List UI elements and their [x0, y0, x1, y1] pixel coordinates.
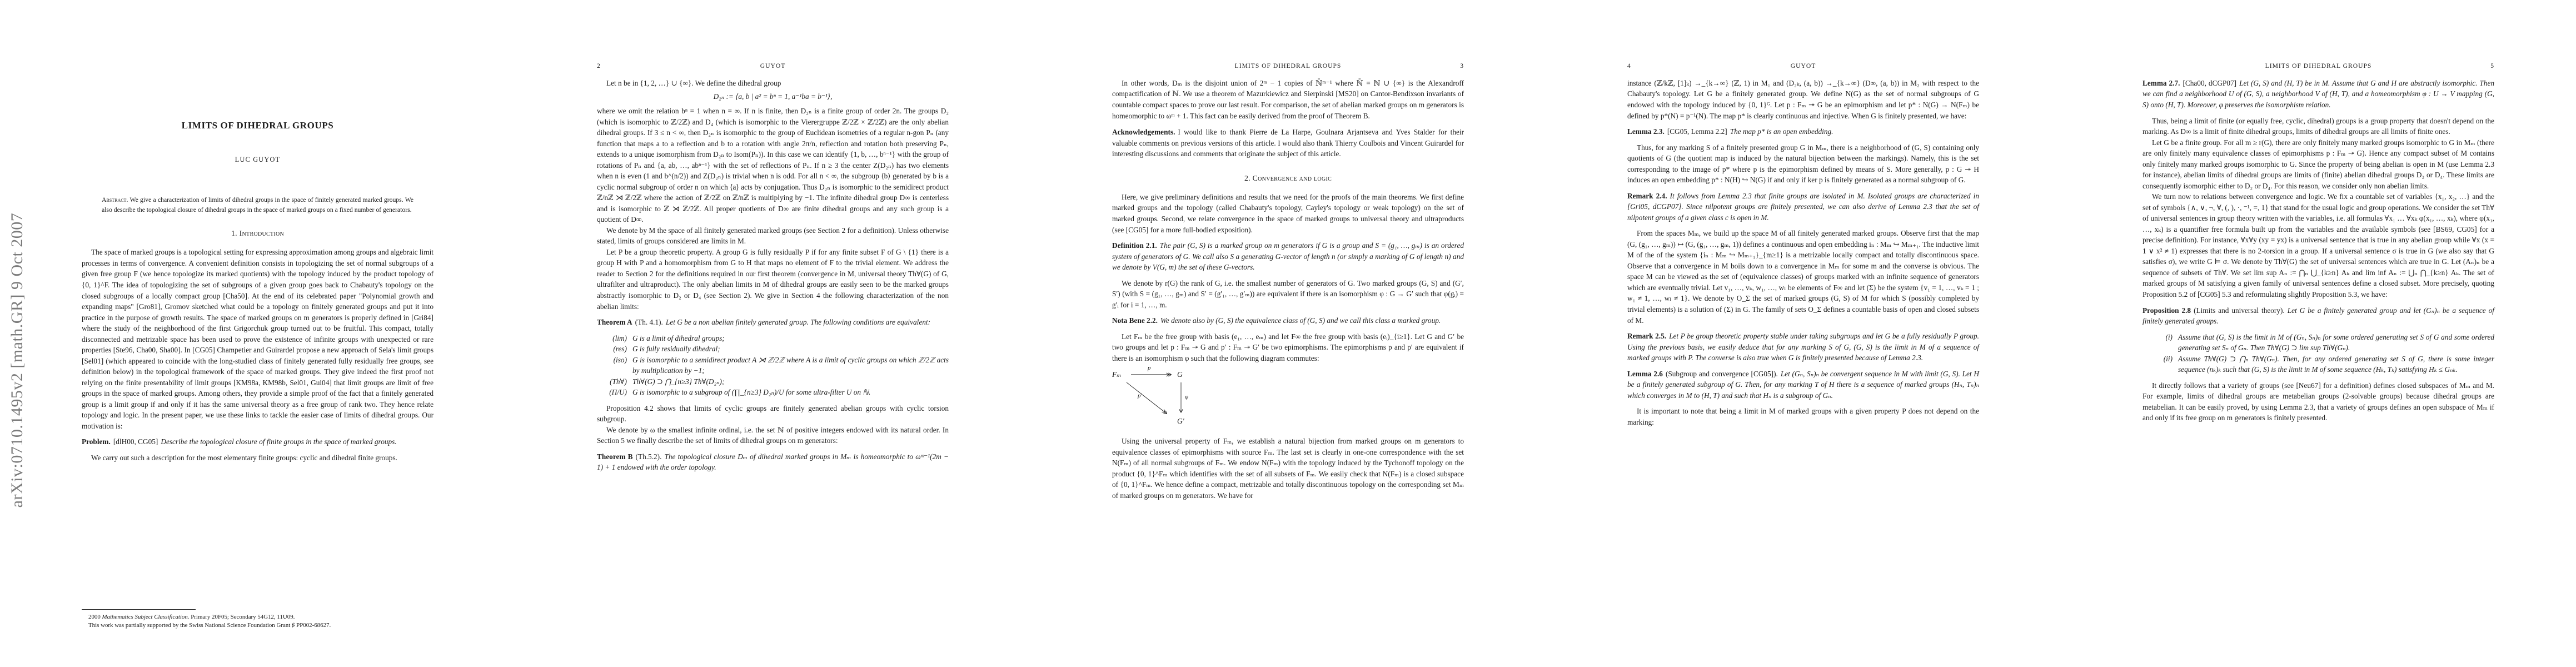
lemma-text: The map p* is an open embedding.: [1730, 127, 1833, 136]
running-head: LIMITS OF DIHEDRAL GROUPS 3: [1112, 62, 1464, 70]
running-head-spacer: [1112, 62, 1134, 70]
remark-text: Let P be group theoretic property stable…: [1627, 332, 1979, 362]
diagram-arrow-label-p-prime: p′: [1138, 391, 1142, 400]
definition-2-1: Definition 2.1.The pair (G, S) is a mark…: [1112, 240, 1464, 273]
condition-item: (Π/U)G is isomorphic to a subgroup of (∏…: [597, 387, 949, 398]
theorem-ref: (Th.5.2).: [636, 452, 662, 461]
running-head-spacer: [926, 62, 949, 70]
running-head-spacer: [2142, 62, 2165, 70]
footnote-block: 2000 Mathematics Subject Classification.…: [82, 609, 434, 630]
proposition-label: Proposition 2.8: [2142, 306, 2191, 315]
lemma-label: Lemma 2.7.: [2142, 79, 2180, 87]
paragraph: In other words, Dₘ is the disjoint union…: [1112, 78, 1464, 121]
condition-tag: (Π/U): [597, 387, 632, 398]
running-head-title: GUYOT: [619, 62, 926, 70]
nota-bene-2-2: Nota Bene 2.2.We denote also by (G, S) t…: [1112, 315, 1464, 326]
condition-text: G is fully residually dihedral;: [632, 344, 949, 355]
nota-bene-label: Nota Bene 2.2.: [1112, 316, 1158, 325]
diagram-node-g-prime: G′: [1177, 416, 1184, 427]
condition-tag: (res): [597, 344, 632, 355]
paragraph: Let n be in {1, 2, …} ∪ {∞}. We define t…: [597, 78, 949, 89]
condition-item: (Th∀)Th∀(G) ⊃ ⋂_{n≥3} Th∀(D₂ₙ);: [597, 376, 949, 387]
lemma-2-6: Lemma 2.6(Subgroup and convergence [CG05…: [1627, 369, 1979, 401]
condition-text: G is a limit of dihedral groups;: [632, 333, 949, 344]
proposition-item: (i)Assume that (G, S) is the limit in M …: [2142, 332, 2494, 354]
paper-author: LUC GUYOT: [0, 156, 515, 164]
acknowledgements: Acknowledgements.I would like to thank P…: [1112, 127, 1464, 160]
running-head-title: LIMITS OF DIHEDRAL GROUPS: [2165, 62, 2472, 70]
footnote-classification: Mathematics Subject Classification.: [102, 614, 190, 620]
condition-text: G is isomorphic to a subgroup of (∏_{n≥3…: [632, 387, 949, 398]
remark-2-5: Remark 2.5.Let P be group theoretic prop…: [1627, 331, 1979, 364]
lemma-2-7: Lemma 2.7.[Cha00, dCGP07]Let (G, S) and …: [2142, 78, 2494, 111]
nota-bene-text: We denote also by (G, S) the equivalence…: [1160, 316, 1441, 325]
section-heading: 2. Convergence and logic: [1112, 173, 1464, 184]
footnote-funding: This work was partially supported by the…: [82, 621, 434, 630]
diagram-arrows: [1112, 367, 1207, 429]
page-number: 4: [1627, 62, 1650, 70]
running-head-spacer: [1957, 62, 1979, 70]
proposition-title: (Limits and universal theory).: [2194, 306, 2285, 315]
paragraph: Let P be a group theoretic property. A g…: [597, 247, 949, 312]
running-head-title: GUYOT: [1650, 62, 1957, 70]
theorem-a-conditions: (lim)G is a limit of dihedral groups; (r…: [597, 333, 949, 398]
item-tag: (ii): [2142, 354, 2178, 375]
paragraph: where we omit the relation bⁿ = 1 when n…: [597, 106, 949, 225]
arxiv-watermark: arXiv:0710.1495v2 [math.GR] 9 Oct 2007: [8, 159, 27, 561]
page-number: 3: [1442, 62, 1464, 70]
condition-text: Th∀(G) ⊃ ⋂_{n≥3} Th∀(D₂ₙ);: [632, 376, 949, 387]
paragraph: The space of marked groups is a topologi…: [82, 247, 434, 431]
paragraph: Using the universal property of Fₘ, we e…: [1112, 436, 1464, 501]
paragraph: From the spaces Mₘ, we build up the spac…: [1627, 228, 1979, 326]
abstract-text: We give a characterization of limits of …: [102, 196, 413, 213]
condition-item: (lim)G is a limit of dihedral groups;: [597, 333, 949, 344]
page-2: 2 GUYOT Let n be in {1, 2, …} ∪ {∞}. We …: [515, 0, 1030, 667]
diagram-arrow-label-phi: φ: [1185, 392, 1188, 401]
condition-tag: (lim): [597, 333, 632, 344]
display-equation: D₂ₙ := ⟨a, b | a² = bⁿ = 1, a⁻¹ba = b⁻¹⟩…: [597, 91, 949, 102]
theorem-b: Theorem B(Th.5.2).The topological closur…: [597, 451, 949, 473]
condition-tag: (Th∀): [597, 376, 632, 387]
acknowledgements-label: Acknowledgements.: [1112, 128, 1175, 136]
footnote-rule: [82, 609, 196, 610]
item-text: Assume Th∀(G) ⊃ ⋂ₙ Th∀(Gₙ). Then, for an…: [2178, 354, 2494, 375]
theorem-text: Let G be a non abelian finitely generate…: [666, 318, 930, 326]
paper-title: LIMITS OF DIHEDRAL GROUPS: [0, 120, 515, 131]
running-head-title: LIMITS OF DIHEDRAL GROUPS: [1134, 62, 1442, 70]
page-number: 2: [597, 62, 619, 70]
problem-label: Problem.: [82, 437, 111, 446]
paragraph: instance (ℤ/kℤ, [1]ₖ) →_{k→∞} (ℤ, 1) in …: [1627, 78, 1979, 121]
problem-block: Problem.[dlH00, CG05]Describe the topolo…: [82, 436, 434, 447]
condition-item: (iso)G is isomorphic to a semidirect pro…: [597, 355, 949, 376]
lemma-label: Lemma 2.6: [1627, 370, 1663, 378]
page-4: 4 GUYOT instance (ℤ/kℤ, [1]ₖ) →_{k→∞} (ℤ…: [1546, 0, 2061, 667]
proposition-2-8-items: (i)Assume that (G, S) is the limit in M …: [2142, 332, 2494, 375]
paragraph: Let Fₘ be the free group with basis (e₁,…: [1112, 331, 1464, 364]
footnote-codes: Primary 20F05; Secondary 54G12, 11U09.: [191, 614, 295, 620]
abstract-label: Abstract.: [102, 196, 128, 203]
page-1: arXiv:0710.1495v2 [math.GR] 9 Oct 2007 L…: [0, 0, 515, 667]
remark-label: Remark 2.4.: [1627, 192, 1667, 200]
paragraph: Proposition 4.2 shows that limits of cyc…: [597, 403, 949, 425]
condition-tag: (iso): [597, 355, 632, 376]
running-head: LIMITS OF DIHEDRAL GROUPS 5: [2142, 62, 2494, 70]
paragraph: We denote by r(G) the rank of G, i.e. th…: [1112, 278, 1464, 311]
proposition-item: (ii)Assume Th∀(G) ⊃ ⋂ₙ Th∀(Gₙ). Then, fo…: [2142, 354, 2494, 375]
paragraph: It directly follows that a variety of gr…: [2142, 380, 2494, 424]
lemma-citation: [Cha00, dCGP07]: [2183, 79, 2236, 87]
running-head: 4 GUYOT: [1627, 62, 1979, 70]
paragraph: It is important to note that being a lim…: [1627, 406, 1979, 427]
paragraph: Here, we give preliminary definitions an…: [1112, 192, 1464, 235]
theorem-ref: (Th. 4.1).: [635, 318, 663, 326]
lemma-citation: [CG05, Lemma 2.2]: [1667, 127, 1727, 136]
lemma-label: Lemma 2.3.: [1627, 127, 1665, 136]
remark-2-4: Remark 2.4.It follows from Lemma 2.3 tha…: [1627, 191, 1979, 223]
page-3: LIMITS OF DIHEDRAL GROUPS 3 In other wor…: [1030, 0, 1546, 667]
condition-item: (res)G is fully residually dihedral;: [597, 344, 949, 355]
remark-text: It follows from Lemma 2.3 that finite gr…: [1627, 192, 1979, 222]
problem-text: Describe the topological closure of fini…: [161, 437, 396, 446]
paragraph: We denote by M the space of all finitely…: [597, 225, 949, 247]
commutative-diagram: Fₘ G G′ p p′ φ: [1112, 367, 1464, 431]
lemma-2-3: Lemma 2.3.[CG05, Lemma 2.2]The map p* is…: [1627, 126, 1979, 137]
definition-text: The pair (G, S) is a marked group on m g…: [1112, 241, 1464, 271]
footnote-year: 2000: [88, 614, 101, 620]
paragraph: Thus, being a limit of finite (or equall…: [2142, 116, 2494, 137]
definition-label: Definition 2.1.: [1112, 241, 1157, 250]
condition-text: G is isomorphic to a semidirect product …: [632, 355, 949, 376]
diagram-node-g: G: [1177, 369, 1183, 380]
paragraph: Let G be a finite group. For all m ≥ r(G…: [2142, 137, 2494, 192]
diagram-arrow-label-p: p: [1148, 364, 1151, 372]
paragraph: We denote by ω the smallest infinite ord…: [597, 425, 949, 446]
theorem-label: Theorem A: [597, 318, 632, 326]
page-number: 5: [2472, 62, 2494, 70]
page-5: LIMITS OF DIHEDRAL GROUPS 5 Lemma 2.7.[C…: [2061, 0, 2576, 667]
paragraph: Thus, for any marking S of a finitely pr…: [1627, 142, 1979, 186]
proposition-2-8: Proposition 2.8(Limits and universal the…: [2142, 305, 2494, 327]
footnote-msc: 2000 Mathematics Subject Classification.…: [82, 613, 434, 621]
problem-citation: [dlH00, CG05]: [113, 437, 158, 446]
item-text: Assume that (G, S) is the limit in M of …: [2178, 332, 2494, 354]
diagram-node-free-group: Fₘ: [1112, 369, 1122, 380]
remark-label: Remark 2.5.: [1627, 332, 1666, 340]
abstract: Abstract. We give a characterization of …: [102, 195, 413, 215]
lemma-title: (Subgroup and convergence [CG05]).: [1666, 370, 1778, 378]
paragraph: We carry out such a description for the …: [82, 452, 434, 464]
running-head: 2 GUYOT: [597, 62, 949, 70]
theorem-label: Theorem B: [597, 452, 633, 461]
paragraph: We turn now to relations between converg…: [2142, 191, 2494, 300]
theorem-a: Theorem A(Th. 4.1).Let G be a non abelia…: [597, 317, 949, 328]
section-heading: 1. Introduction: [82, 228, 434, 239]
item-tag: (i): [2142, 332, 2178, 354]
